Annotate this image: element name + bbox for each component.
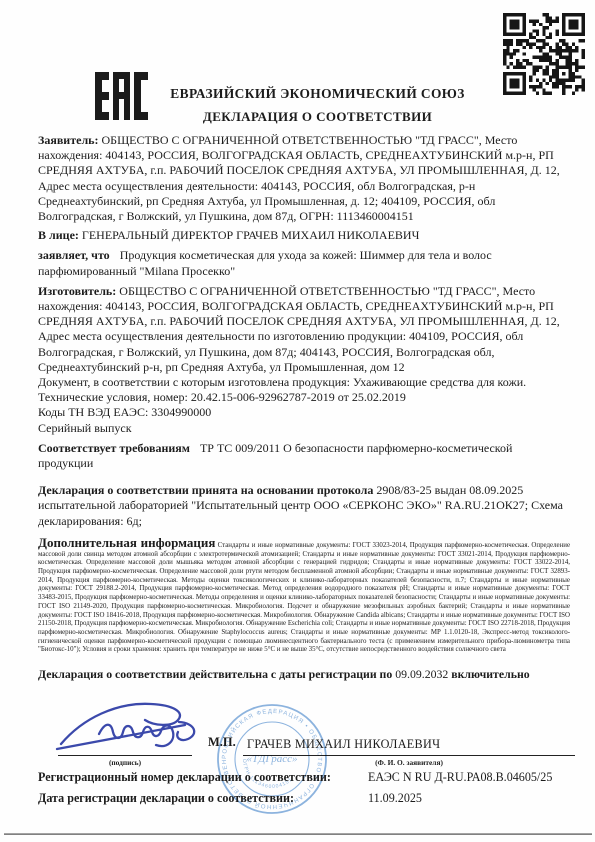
- validity-paragraph: Декларация о соответствии действительна …: [38, 667, 570, 682]
- additional-info-text: Стандарты и иные нормативные документы: …: [38, 542, 570, 653]
- serial-line: Серийный выпуск: [38, 421, 570, 436]
- applicant-paragraph: Заявитель: ОБЩЕСТВО С ОГРАНИЧЕННОЙ ОТВЕТ…: [38, 133, 570, 224]
- scan-edge-line: [4, 833, 592, 835]
- applicant-label: Заявитель:: [38, 133, 99, 147]
- manufacturer-text: ОБЩЕСТВО С ОГРАНИЧЕННОЙ ОТВЕТСТВЕННОСТЬЮ…: [38, 284, 560, 374]
- declares-paragraph: заявляет, чтоПродукция косметическая для…: [38, 248, 570, 278]
- basis-label: Декларация о соответствии принята на осн…: [38, 483, 373, 497]
- declaration-document: ЕВРАЗИЙСКИЙ ЭКОНОМИЧЕСКИЙ СОЮЗ ДЕКЛАРАЦИ…: [0, 0, 595, 842]
- in-person-label: В лице:: [38, 228, 79, 242]
- additional-info-paragraph: Дополнительная информация Стандарты и ин…: [38, 539, 570, 655]
- complies-paragraph: Соответствует требованиямТР ТС 009/2011 …: [38, 441, 570, 471]
- validity-date: 09.09.2032: [392, 667, 451, 681]
- manufacturer-label: Изготовитель:: [38, 284, 116, 298]
- registration-date-value: 11.09.2025: [368, 791, 422, 806]
- tnved-codes-line: Коды ТН ВЭД ЕАЭС: 3304990000: [38, 405, 570, 420]
- manufacturer-paragraph: Изготовитель: ОБЩЕСТВО С ОГРАНИЧЕННОЙ ОТ…: [38, 284, 570, 375]
- validity-label: Декларация о соответствии действительна …: [38, 667, 392, 681]
- signature-caption: (подпись): [58, 758, 192, 767]
- document-title: ДЕКЛАРАЦИЯ О СООТВЕТСТВИИ: [40, 109, 595, 125]
- basis-paragraph: Декларация о соответствии принята на осн…: [38, 483, 570, 529]
- stamp-center-text: «ТДГрасс»: [246, 753, 297, 765]
- in-person-paragraph: В лице: ГЕНЕРАЛЬНЫЙ ДИРЕКТОР ГРАЧЕВ МИХА…: [38, 228, 570, 243]
- declares-label: заявляет, что: [38, 248, 110, 262]
- product-document-line: Документ, в соответствии с которым изгот…: [38, 375, 570, 390]
- in-person-text: ГЕНЕРАЛЬНЫЙ ДИРЕКТОР ГРАЧЕВ МИХАИЛ НИКОЛ…: [79, 228, 420, 242]
- complies-label: Соответствует требованиям: [38, 441, 190, 455]
- validity-suffix: включительно: [451, 667, 529, 681]
- handwritten-signature: [55, 692, 215, 762]
- tu-line: Технические условия, номер: 20.42.15-006…: [38, 390, 570, 405]
- registration-number-label: Регистрационный номер декларации о соотв…: [38, 770, 331, 785]
- document-body: Заявитель: ОБЩЕСТВО С ОГРАНИЧЕННОЙ ОТВЕТ…: [38, 133, 570, 682]
- additional-info-label: Дополнительная информация: [38, 535, 215, 550]
- signature-line: [58, 755, 192, 756]
- registration-number-value: ЕАЭС N RU Д-RU.РА08.В.04605/25: [368, 770, 552, 785]
- registration-date-label: Дата регистрации декларации о соответств…: [38, 791, 294, 806]
- qr-code-icon: [503, 13, 585, 95]
- applicant-text: ОБЩЕСТВО С ОГРАНИЧЕННОЙ ОТВЕТСТВЕННОСТЬЮ…: [38, 133, 560, 223]
